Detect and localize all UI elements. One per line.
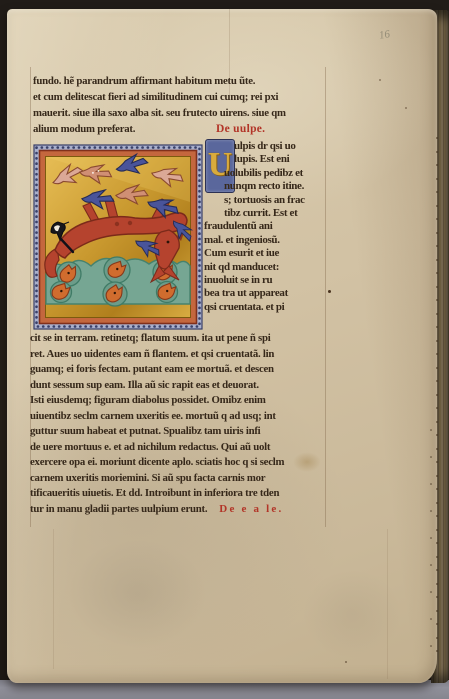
pricking-hole xyxy=(436,434,438,436)
folio-number: 16 xyxy=(378,28,391,42)
pricking-hole xyxy=(436,650,438,652)
text-line: tificaueritis uiuetis. Et dd. Introibunt… xyxy=(30,486,330,502)
pricking-hole xyxy=(436,151,438,153)
pricking-hole xyxy=(436,205,438,207)
last-line-text: tur in manu gladii partes uulpium erunt. xyxy=(30,503,207,515)
text-line: tur in manu gladii partes uulpium erunt.… xyxy=(30,502,330,518)
pricking-hole xyxy=(430,645,432,647)
pricking-hole xyxy=(436,623,438,625)
text-line: lupis. Est eni xyxy=(202,153,330,166)
pricking-hole xyxy=(430,564,432,566)
pricking-hole xyxy=(436,326,438,328)
chapter-rubric-eale: De e a le. xyxy=(219,503,283,515)
manuscript-photo: { "page": { "folio_number": "16", "initi… xyxy=(0,0,449,699)
pricking-hole xyxy=(436,448,438,450)
pricking-hole xyxy=(436,259,438,261)
ruling-line-bottom-left xyxy=(53,529,54,669)
pricking-hole xyxy=(436,218,438,220)
pricking-hole xyxy=(436,232,438,234)
speck xyxy=(345,661,347,663)
pricking-hole xyxy=(436,556,438,558)
pricking-hole xyxy=(436,407,438,409)
text-line: exercere opa ei. moriunt dicente aplo. s… xyxy=(30,455,330,471)
pricking-hole xyxy=(436,367,438,369)
chapter-rubric-fox: De uulpe. xyxy=(216,123,265,135)
pricking-hole xyxy=(436,502,438,504)
text-line: guttur suum habeat et putnat. Spualibz t… xyxy=(30,424,330,440)
pricking-hole xyxy=(430,510,432,512)
stain xyxy=(302,569,402,659)
text-line: carnem uxeritis moriemini. Si aũ spu fac… xyxy=(30,471,330,487)
speck xyxy=(405,107,407,109)
text-line: uiuentibz seclm carnem uxeritis ee. mort… xyxy=(30,409,330,425)
pricking-hole xyxy=(436,380,438,382)
pricking-hole xyxy=(436,637,438,639)
pricking-hole xyxy=(436,394,438,396)
pricking-hole xyxy=(430,483,432,485)
text-line: inuoluit se in ru xyxy=(202,274,330,287)
pricking-hole xyxy=(436,542,438,544)
pricking-hole xyxy=(436,245,438,247)
text-line: qsi cruentata. et pi xyxy=(202,301,330,314)
stain xyxy=(67,539,207,649)
pricking-hole xyxy=(436,475,438,477)
pricking-hole xyxy=(436,529,438,531)
pricking-hole xyxy=(436,569,438,571)
text-line: alium modum preferat. xyxy=(33,121,333,137)
text-line: ret. Aues uo uidentes eam ñ flantem. et … xyxy=(30,347,330,363)
pricking-hole xyxy=(436,421,438,423)
pricking-hole xyxy=(436,164,438,166)
text-line: et cum delitescat fieri ad similitudinem… xyxy=(33,89,333,105)
text-line: nit qd manducet: xyxy=(202,261,330,274)
body-text-block: cit se in terram. retinetq; flatum suum.… xyxy=(30,331,330,517)
pricking-hole xyxy=(430,456,432,458)
pricking-hole xyxy=(436,340,438,342)
pricking-hole xyxy=(436,299,438,301)
pricking-hole xyxy=(436,286,438,288)
pricking-hole xyxy=(436,488,438,490)
manuscript-page: 16 fundo. hẽ parandrum affirmant habitum… xyxy=(7,9,437,683)
text-line: cit se in terram. retinetq; flatum suum.… xyxy=(30,331,330,347)
pricking-hole xyxy=(436,596,438,598)
speck xyxy=(379,79,381,81)
pricking-hole xyxy=(430,591,432,593)
text-line: dunt sessum sup eam. Illa aũ sic rapit e… xyxy=(30,378,330,394)
text-line: s; tortuosis an frac xyxy=(202,194,330,207)
text-line: ulpis dr qsi uo xyxy=(202,140,330,153)
pricking-hole xyxy=(436,137,438,139)
pricking-hole xyxy=(430,537,432,539)
top-text-block: fundo. hẽ parandrum affirmant habitum me… xyxy=(33,73,333,137)
text-line: guamq; ei foris fectam. putant eam ee mo… xyxy=(30,362,330,378)
fox-miniature xyxy=(33,144,203,330)
pricking-hole xyxy=(436,191,438,193)
fox-miniature-art xyxy=(33,144,203,330)
text-line: bea tra ut appareat xyxy=(202,287,330,300)
column-text-block: ulpis dr qsi uo lupis. Est eni uolubilis… xyxy=(202,140,330,314)
pricking-hole xyxy=(436,461,438,463)
text-line: nunqm recto itine. xyxy=(202,180,330,193)
pricking-hole xyxy=(436,313,438,315)
pricking-hole xyxy=(436,178,438,180)
text-line: tibz currit. Est et xyxy=(202,207,330,220)
pricking-hole xyxy=(430,429,432,431)
text-line: uolubilis pedibz et xyxy=(202,167,330,180)
pricking-hole xyxy=(436,272,438,274)
text-line: fraudulentũ ani xyxy=(202,220,330,233)
text-line: fundo. hẽ parandrum affirmant habitum me… xyxy=(33,73,333,89)
text-line: Isti eiusdemq; figuram diabolus possidet… xyxy=(30,393,330,409)
pricking-hole xyxy=(436,583,438,585)
pricking-hole xyxy=(436,515,438,517)
pricking-hole xyxy=(436,610,438,612)
text-line: Cum esurit et iue xyxy=(202,247,330,260)
pricking-hole xyxy=(436,353,438,355)
text-line: mauerit. siue illa saxo alba sit. seu fr… xyxy=(33,105,333,121)
pricking-hole xyxy=(430,618,432,620)
text-line: mal. et ingeniosũ. xyxy=(202,234,330,247)
text-line: de uere mortuus e. et ad nichilum redact… xyxy=(30,440,330,456)
